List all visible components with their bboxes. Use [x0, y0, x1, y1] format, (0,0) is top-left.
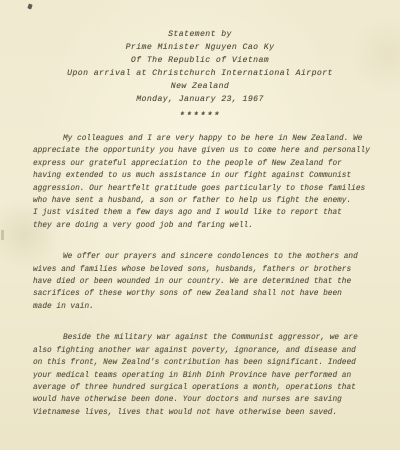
- document-header: Statement byPrime Minister Nguyen Cao Ky…: [0, 0, 400, 106]
- text-line: Vietnamese lives, lives that would not h…: [33, 407, 376, 419]
- text-line: I just visited them a few days ago and I…: [33, 207, 376, 219]
- header-line: New Zealand: [0, 80, 400, 93]
- document-page: Statement byPrime Minister Nguyen Cao Ky…: [0, 0, 400, 450]
- text-line: having extended to us much assistance in…: [33, 170, 376, 182]
- header-line: Of The Republic of Vietnam: [0, 54, 400, 67]
- text-line: express our grateful appreciation to the…: [33, 158, 376, 170]
- text-line: appreciate the opportunity you have give…: [33, 145, 376, 157]
- header-line: Monday, January 23, 1967: [0, 93, 400, 106]
- paper-edge-mark: [1, 230, 4, 240]
- document-body: My colleagues and I are very happy to be…: [0, 123, 400, 419]
- text-line: wives and families whose beloved sons, h…: [33, 264, 376, 276]
- text-line: your medical teams operating in Binh Din…: [33, 370, 376, 382]
- text-line: who have sent a husband, a son or father…: [33, 195, 376, 207]
- text-line: would have otherwise been done. Your doc…: [33, 394, 376, 406]
- text-line: aggression. Our heartfelt gratitude goes…: [33, 183, 376, 195]
- paragraph-medical-aid: Beside the military war against the Comm…: [33, 332, 376, 419]
- header-line: Upon arrival at Christchurch Internation…: [0, 67, 400, 80]
- asterisk-divider: ******: [0, 110, 400, 123]
- paragraph-greeting: My colleagues and I are very happy to be…: [33, 133, 376, 232]
- text-line: average of three hundred surgical operat…: [33, 382, 376, 394]
- header-line: Statement by: [0, 28, 400, 41]
- text-line: made in vain.: [33, 301, 376, 313]
- paragraph-condolences: We offer our prayers and sincere condole…: [33, 251, 376, 313]
- text-line: also fighting another war against povert…: [33, 345, 376, 357]
- text-line: sacrifices of these worthy sons of new Z…: [33, 288, 376, 300]
- text-line: they are doing a very good job and farin…: [33, 220, 376, 232]
- text-line: have died or been wounded in our country…: [33, 276, 376, 288]
- text-line: We offer our prayers and sincere condole…: [33, 251, 376, 263]
- header-line: Prime Minister Nguyen Cao Ky: [0, 41, 400, 54]
- text-line: on this front, New Zealnd's contribution…: [33, 357, 376, 369]
- text-line: My colleagues and I are very happy to be…: [33, 133, 376, 145]
- text-line: Beside the military war against the Comm…: [33, 332, 376, 344]
- scanned-document-screenshot: { "doc": { "header_lines": [ "Statement …: [0, 0, 400, 450]
